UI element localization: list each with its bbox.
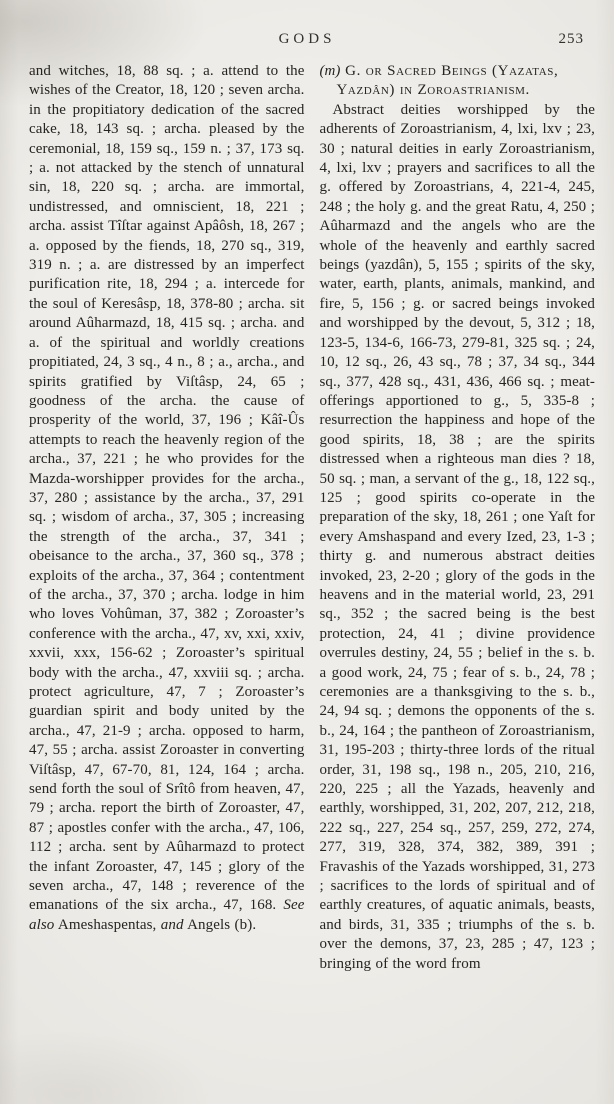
angels-reference: Angels (b). (184, 917, 257, 933)
index-entry-continuation: and witches, 18, 88 sq. ; a. attend to t… (29, 62, 305, 935)
and-label: and (161, 917, 184, 933)
section-heading: (m) G. or Sacred Beings (Yazatas, Yazdân… (320, 62, 596, 101)
left-column: and witches, 18, 88 sq. ; a. attend to t… (29, 62, 305, 1082)
section-letter-label: (m) (320, 63, 341, 79)
index-entry-right-text: Abstract deities worshipped by the adher… (320, 101, 596, 974)
right-column: (m) G. or Sacred Beings (Yazatas, Yazdân… (320, 62, 596, 1082)
running-head: GODS 253 (0, 31, 614, 53)
see-also-reference: Ameshaspentas, (54, 917, 160, 933)
index-entry-left-text: and witches, 18, 88 sq. ; a. attend to t… (29, 63, 305, 913)
page-number: 253 (559, 31, 585, 48)
two-column-text-block: and witches, 18, 88 sq. ; a. attend to t… (29, 62, 595, 1082)
book-page-scan: GODS 253 and witches, 18, 88 sq. ; a. at… (0, 0, 614, 1104)
running-header-title: GODS (0, 31, 614, 48)
section-heading-text: G. or Sacred Beings (Yazatas, Yazdân) in… (337, 63, 559, 98)
